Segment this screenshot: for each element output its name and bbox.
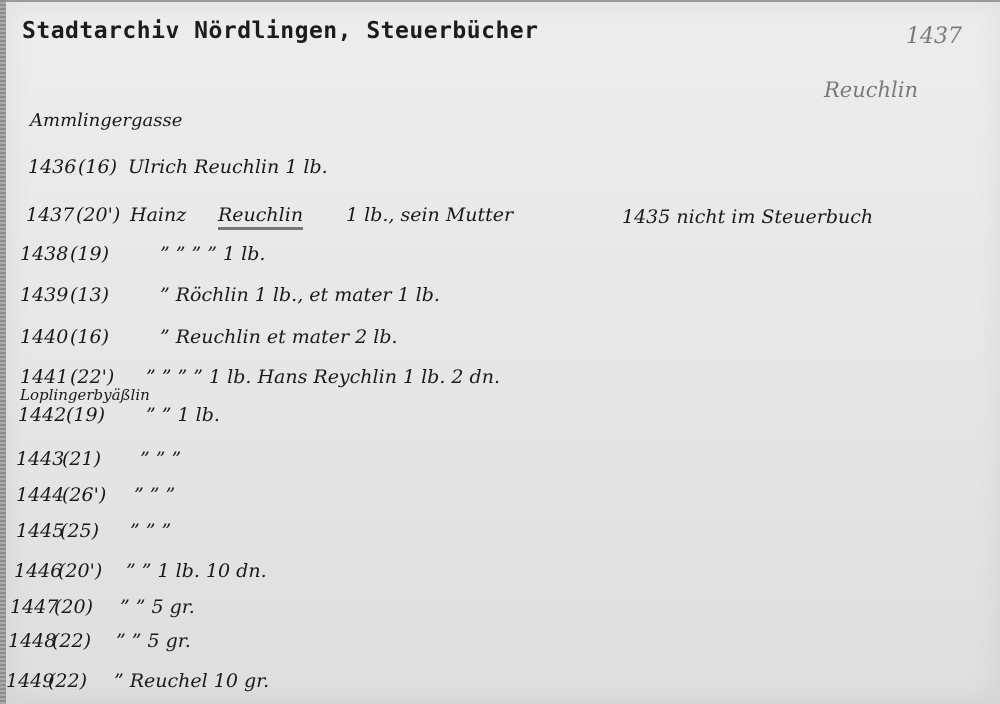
- entry-year: 1436: [28, 156, 76, 178]
- entry-text: ” ” ”: [130, 520, 171, 542]
- entry-year: 1440: [20, 326, 68, 348]
- entry-year: 1442: [18, 404, 66, 426]
- second-street-heading: Loplingerbyäßlin: [20, 386, 150, 404]
- entry-row: 1438 (19) ” ” ” ” 1 lb.: [0, 243, 1000, 273]
- entry-year: 1447: [10, 596, 58, 618]
- entry-count: (22'): [70, 366, 114, 388]
- entry-row: 1440 (16) ” Reuchlin et mater 2 lb.: [0, 326, 1000, 356]
- entry-count: (20): [54, 596, 93, 618]
- typed-title: Stadtarchiv Nördlingen, Steuerbücher: [22, 18, 539, 44]
- entry-text: ” ” ”: [134, 484, 175, 506]
- entry-count: (21): [62, 448, 101, 470]
- entry-count: (22): [52, 630, 91, 652]
- entry-row: 1449 (22) ” Reuchel 10 gr.: [0, 670, 1000, 700]
- entry-row: 1446 (20') ” ” 1 lb. 10 dn.: [0, 560, 1000, 590]
- entry-surname-underlined: Reuchlin: [218, 204, 303, 226]
- entry-note: 1435 nicht im Steuerbuch: [622, 206, 873, 228]
- entry-year: 1438: [20, 243, 68, 265]
- entry-count: (16): [78, 156, 117, 178]
- street-heading: Ammlingergasse: [30, 110, 182, 131]
- entry-year: 1445: [16, 520, 64, 542]
- entry-count: (22): [48, 670, 87, 692]
- entry-year: 1439: [20, 284, 68, 306]
- entry-row: 1443 (21) ” ” ”: [0, 448, 1000, 478]
- entry-text: ” ” ”: [140, 448, 181, 470]
- entry-row: 1448 (22) ” ” 5 gr.: [0, 630, 1000, 660]
- entry-row: 1436 (16) Ulrich Reuchlin 1 lb.: [0, 156, 1000, 186]
- entry-text: Ulrich Reuchlin 1 lb.: [128, 156, 328, 178]
- entry-count: (26'): [62, 484, 106, 506]
- corner-year: 1437: [906, 24, 962, 49]
- entry-year: 1448: [8, 630, 56, 652]
- entry-row: 1441 (22') ” ” ” ” 1 lb. Hans Reychlin 1…: [0, 366, 1000, 396]
- entry-count: (20'): [58, 560, 102, 582]
- entry-text: ” ” ” ” 1 lb.: [160, 243, 265, 265]
- entry-text: ” ” ” ” 1 lb. Hans Reychlin 1 lb. 2 dn.: [146, 366, 500, 388]
- entry-count: (20'): [76, 204, 120, 226]
- entry-count: (13): [70, 284, 109, 306]
- entry-row: 1444 (26') ” ” ”: [0, 484, 1000, 514]
- entry-row: 1442 (19) ” ” 1 lb.: [0, 404, 1000, 434]
- entry-text: ” Röchlin 1 lb., et mater 1 lb.: [160, 284, 440, 306]
- entry-text: ” Reuchlin et mater 2 lb.: [160, 326, 398, 348]
- entry-count: (19): [70, 243, 109, 265]
- entry-row: 1437 (20') Hainz Reuchlin 1 lb., sein Mu…: [0, 204, 1000, 234]
- entry-text: ” ” 1 lb.: [146, 404, 220, 426]
- entry-row: 1445 (25) ” ” ”: [0, 520, 1000, 550]
- entry-text: ” ” 5 gr.: [120, 596, 195, 618]
- entry-text: 1 lb., sein Mutter: [346, 204, 513, 226]
- entry-year: 1437: [26, 204, 74, 226]
- entry-row: 1447 (20) ” ” 5 gr.: [0, 596, 1000, 626]
- entry-text: ” ” 1 lb. 10 dn.: [126, 560, 267, 582]
- entry-first-name: Hainz: [130, 204, 186, 226]
- entry-count: (16): [70, 326, 109, 348]
- entry-year: 1444: [16, 484, 64, 506]
- entry-row: 1439 (13) ” Röchlin 1 lb., et mater 1 lb…: [0, 284, 1000, 314]
- entry-count: (25): [60, 520, 99, 542]
- entry-text: ” Reuchel 10 gr.: [114, 670, 269, 692]
- entry-year: 1443: [16, 448, 64, 470]
- entry-year: 1441: [20, 366, 68, 388]
- corner-name: Reuchlin: [824, 78, 918, 102]
- entry-count: (19): [66, 404, 105, 426]
- entry-year: 1446: [14, 560, 62, 582]
- entry-text: ” ” 5 gr.: [116, 630, 191, 652]
